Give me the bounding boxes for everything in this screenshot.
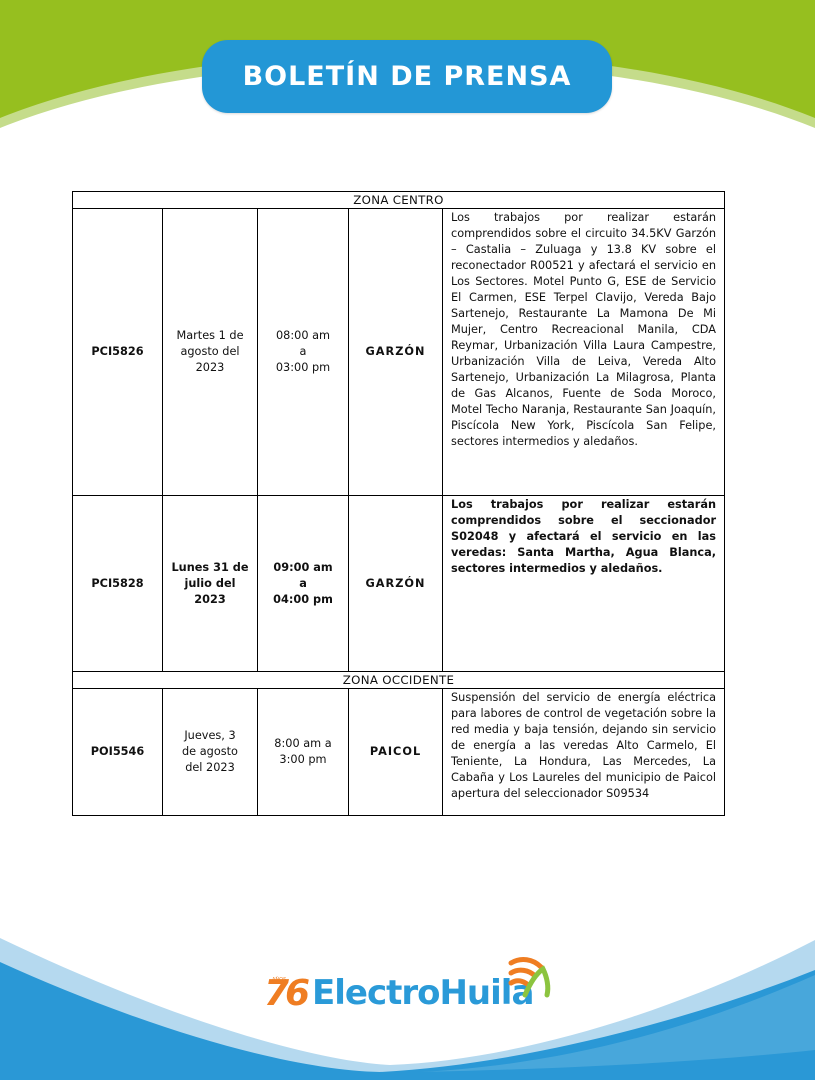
time-start: 09:00 am (258, 560, 348, 576)
outage-date: Martes 1 de agosto del 2023 (163, 209, 258, 496)
zone-header-occidente: ZONA OCCIDENTE (73, 672, 725, 689)
outage-time: 09:00 am a 04:00 pm (258, 496, 349, 672)
time-end: 04:00 pm (258, 592, 348, 608)
outage-date: Jueves, 3 de agosto del 2023 (163, 689, 258, 816)
logo-brand-name: ElectroHuila (312, 973, 533, 1013)
outage-description: Los trabajos por realizar estarán compre… (443, 496, 725, 672)
zone-header-centro: ZONA CENTRO (73, 192, 725, 209)
outage-description: Suspensión del servicio de energía eléct… (443, 689, 725, 816)
outage-schedule-table: ZONA CENTRO PCI5826 Martes 1 de agosto d… (72, 191, 725, 816)
outage-code: PCI5828 (73, 496, 163, 672)
outage-time: 8:00 am a 3:00 pm (258, 689, 349, 816)
time-start: 08:00 am (258, 328, 348, 344)
time-separator: a (258, 576, 348, 592)
electrohuila-wave-icon (507, 955, 552, 1000)
outage-code: PCI5826 (73, 209, 163, 496)
table-row: POI5546 Jueves, 3 de agosto del 2023 8:0… (73, 689, 725, 816)
press-release-title: BOLETÍN DE PRENSA (202, 40, 612, 113)
outage-description: Los trabajos por realizar estarán compre… (443, 209, 725, 496)
zone-title: ZONA CENTRO (73, 192, 725, 209)
time-end: 3:00 pm (258, 752, 348, 768)
logo-anniversary-number: 76 (264, 973, 306, 1014)
municipality: GARZÓN (349, 496, 443, 672)
time-start: 8:00 am a (258, 736, 348, 752)
time-end: 03:00 pm (258, 360, 348, 376)
time-separator: a (258, 344, 348, 360)
outage-date: Lunes 31 de julio del 2023 (163, 496, 258, 672)
municipality: PAICOL (349, 689, 443, 816)
electrohuila-logo: AÑOS 76 ElectroHuila (262, 955, 562, 1025)
table-row: PCI5826 Martes 1 de agosto del 2023 08:0… (73, 209, 725, 496)
table-row: PCI5828 Lunes 31 de julio del 2023 09:00… (73, 496, 725, 672)
zone-title: ZONA OCCIDENTE (73, 672, 725, 689)
outage-code: POI5546 (73, 689, 163, 816)
municipality: GARZÓN (349, 209, 443, 496)
outage-time: 08:00 am a 03:00 pm (258, 209, 349, 496)
